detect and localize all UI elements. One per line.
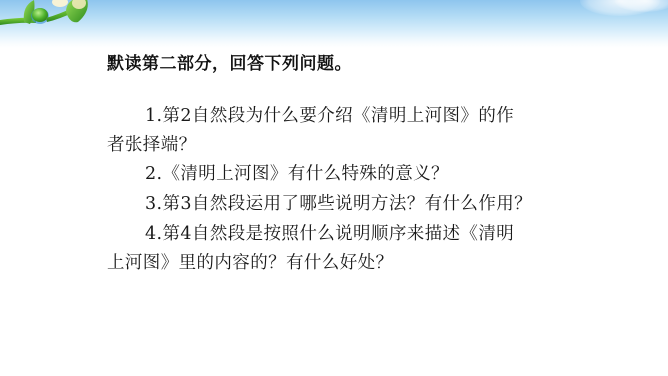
slide-heading: 默读第二部分，回答下列问题。 xyxy=(107,49,352,74)
question-3-line-1: 3.第3自然段运用了哪些说明方法？有什么作用？ xyxy=(145,190,532,215)
slide-content: 默读第二部分，回答下列问题。 1.第2自然段为什么要介绍《清明上河图》的作 者张… xyxy=(0,0,668,376)
question-2-line-1: 2.《清明上河图》有什么特殊的意义？ xyxy=(145,160,449,185)
question-1-line-2: 者张择端？ xyxy=(107,131,197,156)
slide: 默读第二部分，回答下列问题。 1.第2自然段为什么要介绍《清明上河图》的作 者张… xyxy=(0,0,668,376)
question-4-line-2: 上河图》里的内容的？有什么好处？ xyxy=(107,249,393,274)
question-1-line-1: 1.第2自然段为什么要介绍《清明上河图》的作 xyxy=(145,102,514,127)
question-4-line-1: 4.第4自然段是按照什么说明顺序来描述《清明 xyxy=(145,220,514,245)
